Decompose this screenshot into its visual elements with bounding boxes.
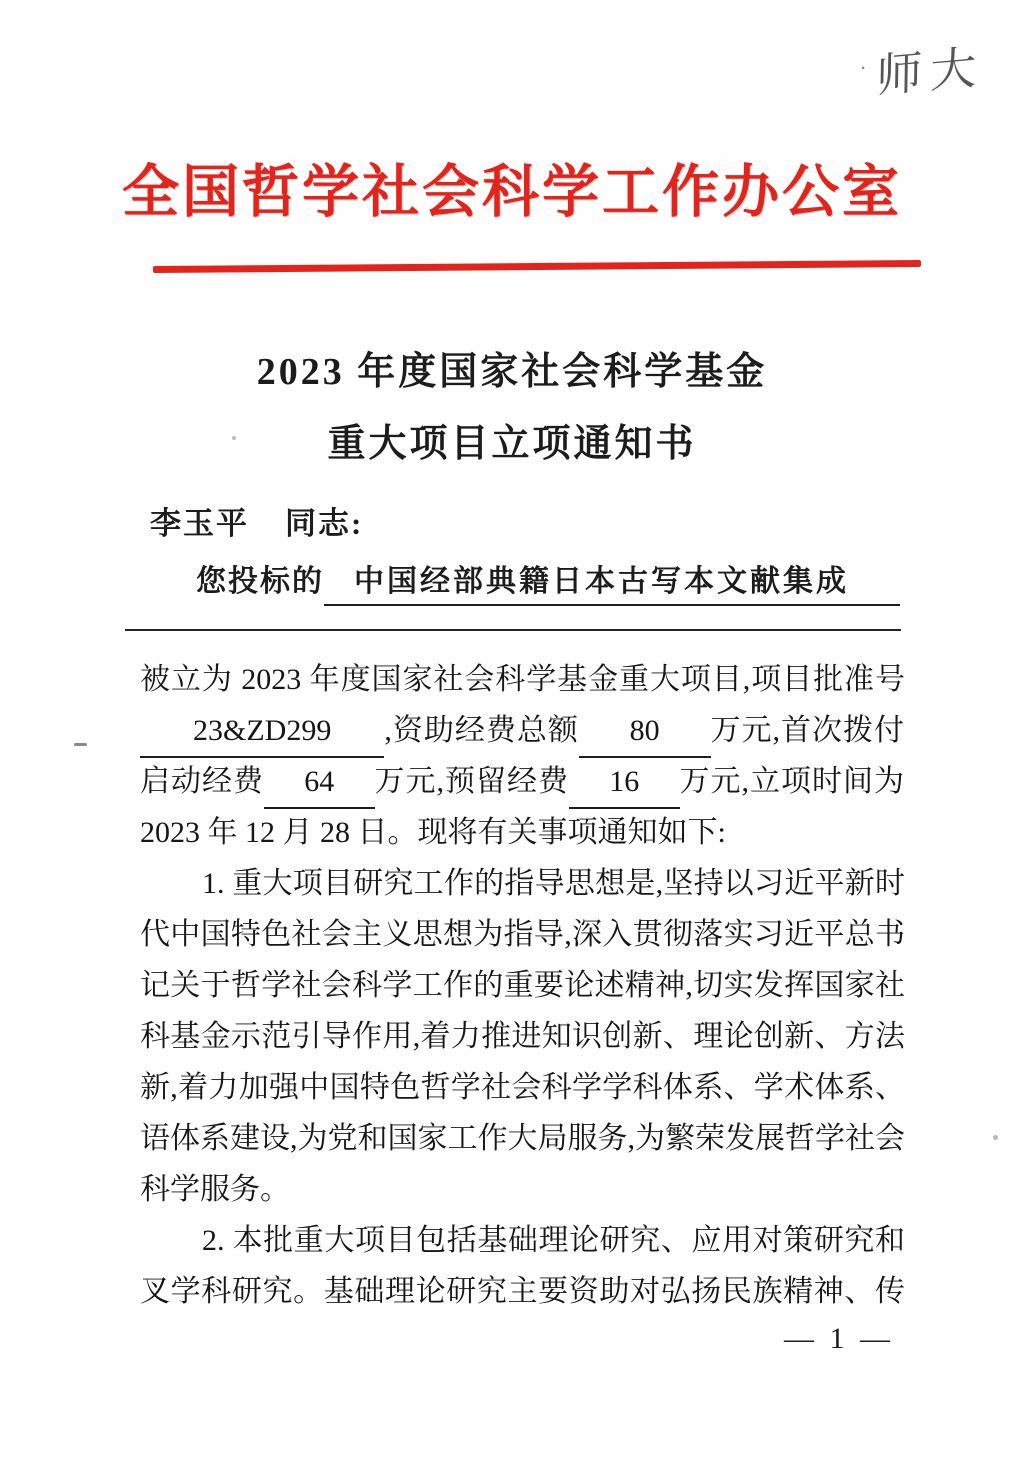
paragraph1-line: 记关于哲学社会科学工作的重要论述精神,切实发挥国家社 [140,960,905,1011]
letterhead-org-name: 全国哲学社会科学工作办公室 [0,146,1024,228]
paragraph2-line: 2. 本批重大项目包括基础理论研究、应用对策研究和交 [140,1215,905,1266]
body-text-segment: 万元,立项时间为 [680,756,906,807]
body-text-segment: 万元,首次拨付 [711,705,906,756]
reserved-funding-blank: 16 [569,756,680,809]
recipient-name: 李玉平 [150,506,249,541]
document-title: 2023 年度国家社会科学基金 重大项目立项通知书 [0,336,1024,480]
body-line-approval: 23&ZD299 ,资助经费总额 80 万元,首次拨付 [140,705,905,756]
letterhead-rule [153,260,921,273]
salutation: 李玉平同志: [150,498,363,543]
document-title-line1: 2023 年度国家社会科学基金 [0,336,1024,408]
paragraph1-line: 科学服务。 [140,1164,905,1215]
paragraph1-line: 代中国特色社会主义思想为指导,深入贯彻落实习近平总书 [140,909,905,960]
project-lead-in: 您投标的 [196,560,324,604]
body-text: 被立为 2023 年度国家社会科学基金重大项目,项目批准号 23&ZD299 ,… [140,654,905,1317]
document-title-line2: 重大项目立项通知书 [0,408,1024,480]
salutation-suffix: 同志: [285,506,363,541]
total-funding-blank: 80 [579,705,711,758]
scan-artifact-dash [74,743,87,746]
paragraph1-line: 1. 重大项目研究工作的指导思想是,坚持以习近平新时 [140,858,905,909]
paragraph1-line: 新,着力加强中国特色哲学社会科学学科体系、学术体系、话 [140,1062,905,1113]
body-text-segment: 万元,预留经费 [375,756,570,807]
paragraph1-line: 科基金示范引导作用,着力推进知识创新、理论创新、方法创 [140,1011,905,1062]
paragraph1-line: 语体系建设,为党和国家工作大局服务,为繁荣发展哲学社会 [140,1113,905,1164]
project-title-blank-continuation [125,600,901,631]
body-text-segment: ,资助经费总额 [384,705,579,756]
document-page: 师大 全国哲学社会科学工作办公室 2023 年度国家社会科学基金 重大项目立项通… [0,0,1024,1469]
handwritten-annotation: 师大 [858,30,984,107]
scan-artifact-dot [232,436,236,440]
body-line-opening: 被立为 2023 年度国家社会科学基金重大项目,项目批准号 [140,654,905,705]
paragraph2-line: 叉学科研究。基础理论研究主要资助对弘扬民族精神、传承 [140,1266,905,1317]
page-number: — 1 — [784,1322,894,1356]
scan-artifact-dot [993,1135,998,1140]
body-line-date: 2023 年 12 月 28 日。现将有关事项通知如下: [140,807,905,858]
approval-number-blank: 23&ZD299 [140,705,384,758]
body-line-funding: 启动经费 64 万元,预留经费 16 万元,立项时间为 [140,756,905,807]
body-text-segment: 启动经费 [140,756,264,807]
initial-funding-blank: 64 [264,756,375,809]
